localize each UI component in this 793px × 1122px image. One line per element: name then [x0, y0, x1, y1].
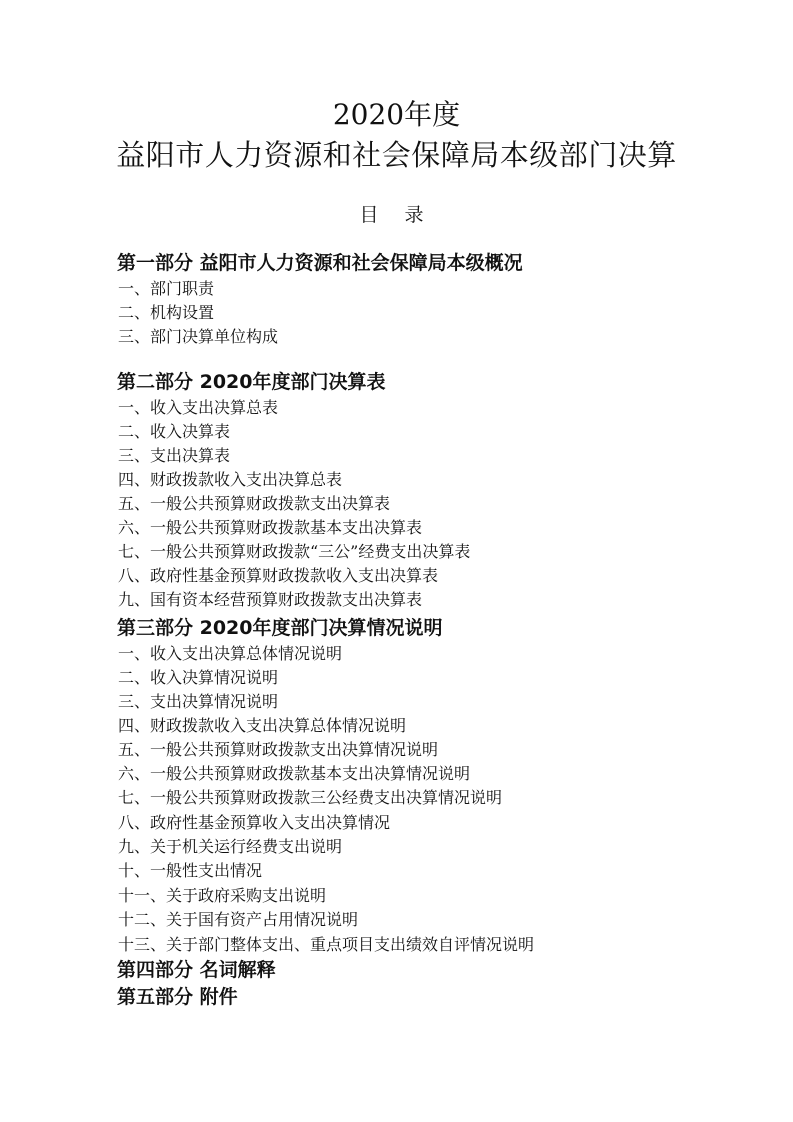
toc-item[interactable]: 二、收入决算情况说明 [118, 666, 278, 690]
toc-item[interactable]: 一、部门职责 [118, 277, 214, 301]
toc-heading: 目 录 [0, 202, 793, 228]
toc-item[interactable]: 十三、关于部门整体支出、重点项目支出绩效自评情况说明 [118, 933, 534, 957]
toc-item[interactable]: 七、一般公共预算财政拨款三公经费支出决算情况说明 [118, 786, 502, 810]
toc-item[interactable]: 二、机构设置 [118, 301, 214, 325]
toc-part-heading[interactable]: 第三部分 2020年度部门决算情况说明 [117, 616, 443, 640]
toc-item[interactable]: 三、部门决算单位构成 [118, 325, 278, 349]
toc-item[interactable]: 八、政府性基金预算财政拨款收入支出决算表 [118, 564, 438, 588]
toc-item[interactable]: 五、一般公共预算财政拨款支出决算情况说明 [118, 738, 438, 762]
toc-part-5-heading[interactable]: 第五部分 附件 [117, 985, 238, 1009]
toc-item[interactable]: 一、收入支出决算总表 [118, 396, 278, 420]
toc-item[interactable]: 三、支出决算情况说明 [118, 690, 278, 714]
toc-item[interactable]: 二、收入决算表 [118, 420, 230, 444]
toc-part-heading[interactable]: 第二部分 2020年度部门决算表 [117, 370, 386, 394]
toc-item[interactable]: 十二、关于国有资产占用情况说明 [118, 908, 358, 932]
toc-item[interactable]: 三、支出决算表 [118, 444, 230, 468]
toc-item[interactable]: 五、一般公共预算财政拨款支出决算表 [118, 492, 390, 516]
toc-item[interactable]: 七、一般公共预算财政拨款“三公”经费支出决算表 [118, 540, 470, 564]
toc-part-4-heading[interactable]: 第四部分 名词解释 [117, 958, 276, 982]
toc-item[interactable]: 十一、关于政府采购支出说明 [118, 884, 326, 908]
toc-item[interactable]: 六、一般公共预算财政拨款基本支出决算表 [118, 516, 422, 540]
toc-item[interactable]: 四、财政拨款收入支出决算总表 [118, 468, 342, 492]
toc-part-heading[interactable]: 第一部分 益阳市人力资源和社会保障局本级概况 [117, 251, 523, 275]
toc-item[interactable]: 四、财政拨款收入支出决算总体情况说明 [118, 714, 406, 738]
toc-item[interactable]: 八、政府性基金预算收入支出决算情况 [118, 811, 390, 835]
toc-item[interactable]: 六、一般公共预算财政拨款基本支出决算情况说明 [118, 762, 470, 786]
document-title-main: 益阳市人力资源和社会保障局本级部门决算 [0, 135, 793, 175]
toc-item[interactable]: 九、关于机关运行经费支出说明 [118, 835, 342, 859]
document-title-year: 2020年度 [0, 97, 793, 133]
toc-item[interactable]: 一、收入支出决算总体情况说明 [118, 642, 342, 666]
toc-item[interactable]: 九、国有资本经营预算财政拨款支出决算表 [118, 588, 422, 612]
toc-item[interactable]: 十、一般性支出情况 [118, 859, 262, 883]
